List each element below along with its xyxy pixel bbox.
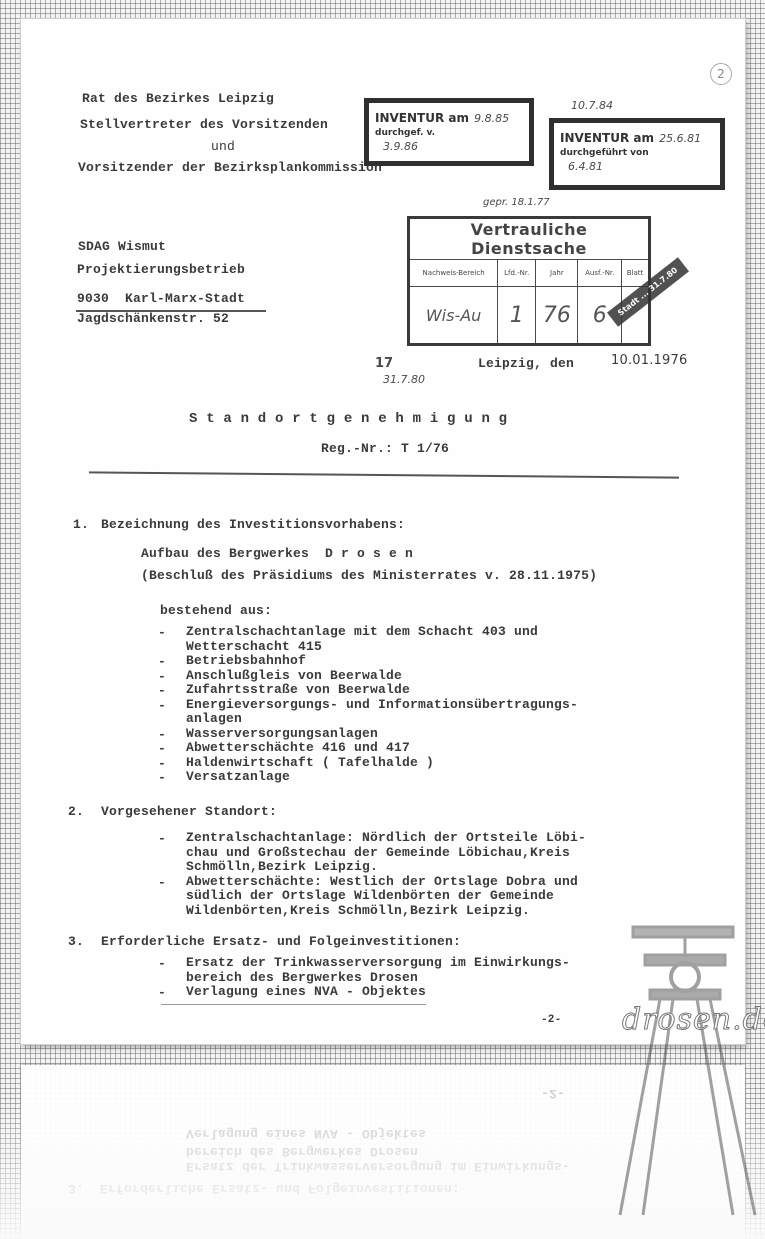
recipient-line-1: SDAG Wismut [78,239,166,254]
section-3-underline [161,1004,426,1005]
sender-line-2: Stellvertreter des Vorsitzenden [80,117,328,132]
section-1-list-item: Zufahrtsstraße von Beerwalde [186,683,410,698]
section-2-heading: Vorgesehener Standort: [101,804,277,819]
page-number-circle: 2 [710,63,732,85]
handwritten-mark: 17 [375,356,393,371]
reflection-text: -2- [541,1086,565,1101]
section-2-list-item: Abwetterschächte: Westlich der Ortslage … [186,875,578,919]
value-jahr: 76 [536,287,578,345]
section-1-list-bullet: - [158,770,166,785]
place-label: Leipzig, den [478,356,574,371]
value-nachweis: Wis-Au [409,287,498,345]
section-1-list-bullet: - [158,654,166,669]
header-lfd-nr: Lfd.-Nr. [498,260,536,287]
inventur-note: 10.7.84 [571,99,613,112]
section-2-list-item: Zentralschachtanlage: Nördlich der Ortst… [186,831,586,875]
section-1-heading: Bezeichnung des Investitionsvorhabens: [101,517,405,532]
value-lfd-nr: 1 [498,287,536,345]
headframe-icon [615,915,765,1239]
sender-line-3: und [211,139,235,154]
section-2-number: 2. [68,804,84,819]
section-1-number: 1. [73,517,89,532]
title-rule [89,471,679,478]
section-1-list-item: Wasserversorgungsanlagen [186,727,378,742]
document-page: 2 Rat des Bezirkes Leipzig Stellvertrete… [21,19,745,1044]
recipient-line-3: 9030 Karl-Marx-Stadt [77,291,245,306]
section-1-list-item: Zentralschachtanlage mit dem Schacht 403… [186,625,538,654]
site-watermark: drosen.de [622,1002,765,1037]
header-ausf-nr: Ausf.-Nr. [578,260,622,287]
section-1-list-item: Haldenwirtschaft ( Tafelhalde ) [186,756,434,771]
section-2-list-bullet: - [158,831,166,846]
section-1-list-item: Versatzanlage [186,770,290,785]
section-1-list-item: Betriebsbahnhof [186,654,306,669]
confidential-stamp-table: Vertrauliche Dienstsache Nachweis-Bereic… [407,216,651,346]
section-1-list-item: Abwetterschächte 416 und 417 [186,741,410,756]
section-1-list-bullet: - [158,756,166,771]
inventur-stamp-2: INVENTUR am 25.6.81 durchgeführt von 6.4… [549,118,725,190]
recipient-line-4: Jagdschänkenstr. 52 [77,311,229,326]
section-3-list-item: Verlagung eines NVA - Objektes [186,985,426,1000]
section-1-list-bullet: - [158,669,166,684]
section-2-list-bullet: - [158,875,166,890]
handwritten-date: 31.7.80 [383,373,425,386]
confidential-title: Vertrauliche Dienstsache [409,218,650,260]
section-3-heading: Erforderliche Ersatz- und Folgeinvestiti… [101,934,461,949]
header-nachweis: Nachweis-Bereich [409,260,498,287]
document-title: S t a n d o r t g e n e h m i g u n g [189,411,507,427]
section-1-list-item: Anschlußgleis von Beerwalde [186,669,402,684]
recipient-line-2: Projektierungsbetrieb [77,262,245,277]
section-1-text-2: (Beschluß des Präsidiums des Ministerrat… [141,568,597,583]
header-jahr: Jahr [536,260,578,287]
footer-page-number: -2- [541,1014,561,1026]
section-3-list-bullet: - [158,956,166,971]
section-1-list-bullet: - [158,698,166,713]
inventur-stamp-1: INVENTUR am 9.8.85 durchgef. v. 3.9.86 [364,98,534,166]
section-1-text-1: Aufbau des Bergwerkes D r o s e n [141,546,413,561]
document-date: 10.01.1976 [611,353,687,368]
checked-note: gepr. 18.1.77 [483,197,550,208]
sender-line-4: Vorsitzender der Bezirksplankommission [78,160,382,175]
section-3-list-bullet: - [158,985,166,1000]
section-3-number: 3. [68,934,84,949]
section-1-list-bullet: - [158,683,166,698]
section-3-list-item: Ersatz der Trinkwasserversorgung im Einw… [186,956,570,985]
section-1-list-item: Energieversorgungs- und Informationsüber… [186,698,578,727]
section-1-list-bullet: - [158,727,166,742]
registration-number: Reg.-Nr.: T 1/76 [321,441,449,456]
section-1-list-bullet: - [158,741,166,756]
sender-line-1: Rat des Bezirkes Leipzig [82,91,274,106]
section-1-list-bullet: - [158,625,166,640]
section-1-subheading: bestehend aus: [160,603,272,618]
